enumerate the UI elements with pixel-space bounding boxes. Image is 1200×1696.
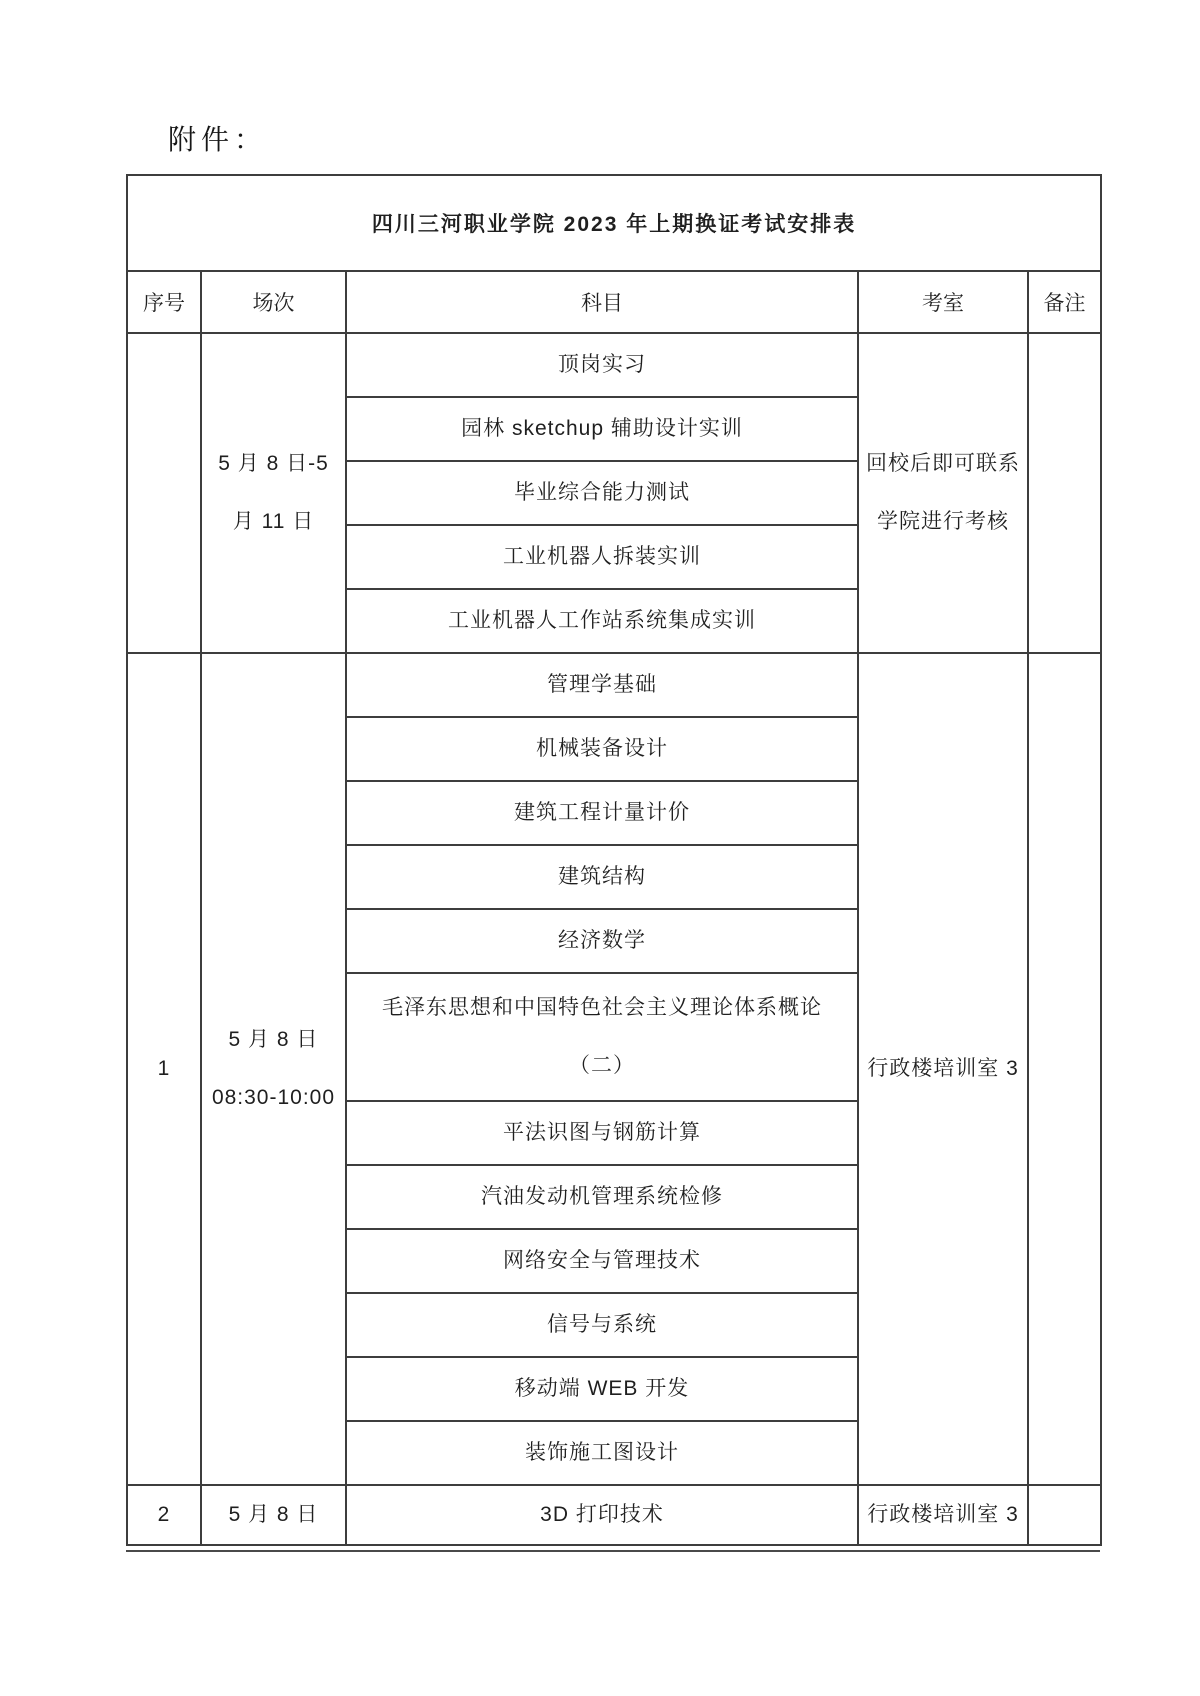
subject-cell-text: 毛泽东思想和中国特色社会主义理论体系概论（二） [382, 979, 822, 1095]
exam-row: 15 月 8 日08:30-10:00管理学基础行政楼培训室 3 [127, 653, 1101, 717]
subject-cell: 建筑工程计量计价 [346, 781, 858, 845]
subject-cell-text: 平法识图与钢筋计算 [503, 1104, 701, 1162]
session-cell-text: 5 月 8 日-5月 11 日 [218, 435, 329, 551]
column-header-room: 考室 [858, 271, 1028, 333]
table-header-row: 序号场次科目考室备注 [127, 271, 1101, 333]
subject-cell: 园林 sketchup 辅助设计实训 [346, 397, 858, 461]
subject-cell: 装饰施工图设计 [346, 1421, 858, 1485]
session-cell-text: 5 月 8 日 [229, 1486, 319, 1544]
subject-cell-text: 顶岗实习 [558, 336, 646, 394]
room-cell: 行政楼培训室 3 [858, 1485, 1028, 1545]
subject-cell-text: 管理学基础 [547, 656, 657, 714]
subject-cell: 毛泽东思想和中国特色社会主义理论体系概论（二） [346, 973, 858, 1101]
room-cell-text: 行政楼培训室 3 [867, 1040, 1019, 1098]
subject-cell-text: 建筑工程计量计价 [514, 784, 690, 842]
subject-cell: 信号与系统 [346, 1293, 858, 1357]
column-header-subject: 科目 [346, 271, 858, 333]
subject-cell-text: 移动端 WEB 开发 [515, 1360, 690, 1418]
session-cell: 5 月 8 日08:30-10:00 [201, 653, 346, 1485]
column-header-session: 场次 [201, 271, 346, 333]
exam-row: 25 月 8 日3D 打印技术行政楼培训室 3 [127, 1485, 1101, 1545]
note-cell [1028, 333, 1101, 653]
subject-cell: 工业机器人工作站系统集成实训 [346, 589, 858, 653]
session-cell: 5 月 8 日 [201, 1485, 346, 1545]
seq-cell: 1 [127, 653, 201, 1485]
subject-cell: 3D 打印技术 [346, 1485, 858, 1545]
document-page: 附件： 四川三河职业学院 2023 年上期换证考试安排表 序号场次科目考室备注 … [0, 0, 1200, 1696]
subject-cell: 平法识图与钢筋计算 [346, 1101, 858, 1165]
subject-cell-text: 3D 打印技术 [540, 1486, 664, 1544]
subject-cell: 移动端 WEB 开发 [346, 1357, 858, 1421]
subject-cell: 网络安全与管理技术 [346, 1229, 858, 1293]
subject-cell: 汽油发动机管理系统检修 [346, 1165, 858, 1229]
seq-cell-text: 1 [158, 1040, 171, 1098]
table-bottom-double-border [126, 1550, 1100, 1552]
subject-cell-text: 毕业综合能力测试 [514, 464, 690, 522]
room-cell-text: 回校后即可联系学院进行考核 [866, 435, 1020, 551]
subject-cell-text: 工业机器人拆装实训 [503, 528, 701, 586]
subject-cell: 毕业综合能力测试 [346, 461, 858, 525]
subject-cell-text: 网络安全与管理技术 [503, 1232, 701, 1290]
subject-cell: 机械装备设计 [346, 717, 858, 781]
exam-row: 5 月 8 日-5月 11 日顶岗实习回校后即可联系学院进行考核 [127, 333, 1101, 397]
subject-cell: 经济数学 [346, 909, 858, 973]
table-title: 四川三河职业学院 2023 年上期换证考试安排表 [127, 175, 1101, 271]
note-cell [1028, 1485, 1101, 1545]
table-title-row: 四川三河职业学院 2023 年上期换证考试安排表 [127, 175, 1101, 271]
subject-cell: 管理学基础 [346, 653, 858, 717]
subject-cell-text: 园林 sketchup 辅助设计实训 [461, 400, 743, 458]
subject-cell-text: 汽油发动机管理系统检修 [481, 1168, 723, 1226]
session-cell: 5 月 8 日-5月 11 日 [201, 333, 346, 653]
note-cell [1028, 653, 1101, 1485]
exam-schedule-table: 四川三河职业学院 2023 年上期换证考试安排表 序号场次科目考室备注 5 月 … [126, 174, 1102, 1546]
subject-cell-text: 工业机器人工作站系统集成实训 [448, 592, 756, 650]
exam-table-body: 四川三河职业学院 2023 年上期换证考试安排表 序号场次科目考室备注 5 月 … [127, 175, 1101, 1545]
seq-cell: 2 [127, 1485, 201, 1545]
seq-cell-text: 2 [158, 1486, 171, 1544]
subject-cell: 工业机器人拆装实训 [346, 525, 858, 589]
session-cell-text: 5 月 8 日08:30-10:00 [212, 1011, 335, 1127]
column-header-note: 备注 [1028, 271, 1101, 333]
subject-cell-text: 经济数学 [558, 912, 646, 970]
seq-cell [127, 333, 201, 653]
subject-cell-text: 建筑结构 [558, 848, 646, 906]
column-header-seq: 序号 [127, 271, 201, 333]
attachment-label: 附件： [168, 118, 267, 158]
room-cell: 行政楼培训室 3 [858, 653, 1028, 1485]
subject-cell: 顶岗实习 [346, 333, 858, 397]
room-cell-text: 行政楼培训室 3 [867, 1486, 1019, 1544]
subject-cell-text: 机械装备设计 [536, 720, 668, 778]
subject-cell: 建筑结构 [346, 845, 858, 909]
subject-cell-text: 装饰施工图设计 [525, 1424, 679, 1482]
room-cell: 回校后即可联系学院进行考核 [858, 333, 1028, 653]
subject-cell-text: 信号与系统 [547, 1296, 657, 1354]
